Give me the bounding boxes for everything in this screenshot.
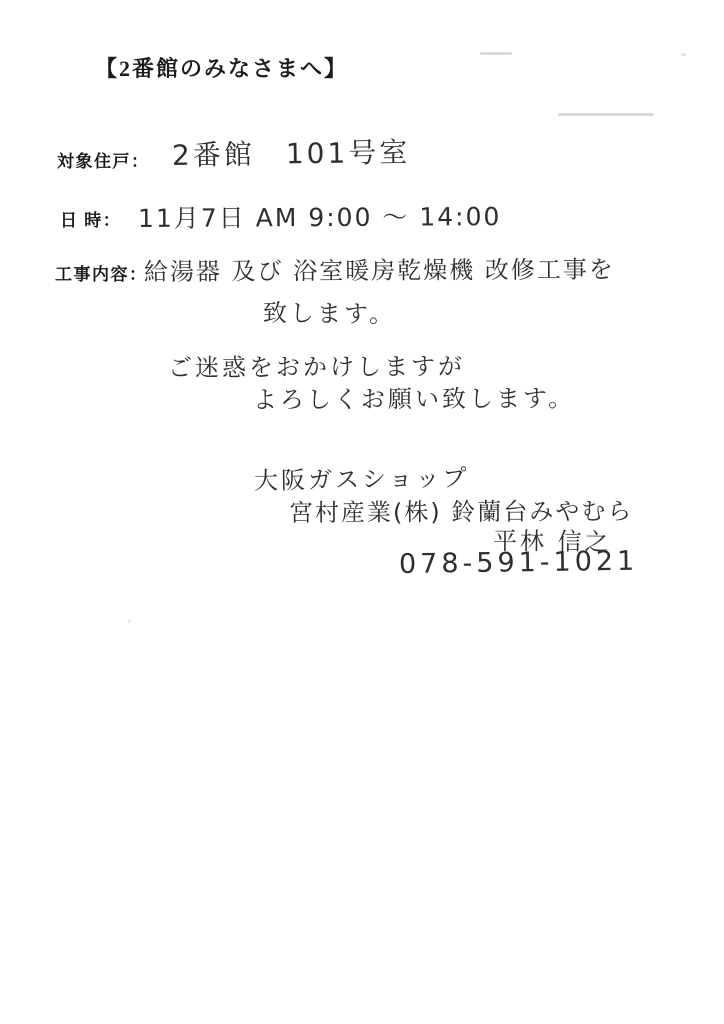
field-label-datetime: 日 時： [60, 206, 121, 231]
field-label-target-residence: 対象住戸： [57, 147, 150, 172]
handwritten-apology-line2: よろしくお願い致します。 [253, 378, 575, 415]
handwritten-target-residence: 2番館 101号室 [172, 131, 411, 174]
handwritten-phone-number: 078-591-1021 [399, 546, 639, 580]
handwritten-work-description-line2: 致します。 [263, 293, 396, 329]
scanned-notice-page: 【2番館のみなさまへ】 対象住戸： 2番館 101号室 日 時： 11月7日 A… [0, 0, 724, 1024]
scan-artifact-smudge [480, 52, 512, 55]
field-label-work-description: 工事内容： [55, 260, 148, 285]
scan-artifact-speck [128, 620, 131, 623]
handwritten-signature-company: 大阪ガスショップ [254, 458, 470, 496]
scan-artifact-speck [681, 53, 686, 56]
handwritten-apology-line1: ご迷惑をおかけしますが [168, 346, 465, 383]
handwritten-work-description-line1: 給湯器 及び 浴室暖房乾燥機 改修工事を [144, 250, 615, 287]
scan-artifact-streak [558, 113, 654, 116]
handwritten-datetime: 11月7日 AM 9:00 ～ 14:00 [138, 197, 502, 235]
notice-title: 【2番館のみなさまへ】 [95, 52, 348, 83]
